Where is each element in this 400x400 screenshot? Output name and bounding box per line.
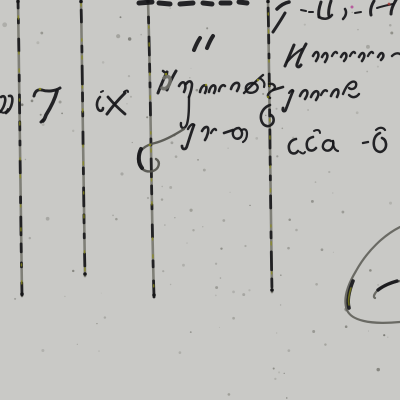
top-row-remnant-right xyxy=(273,0,396,32)
numeral-seven xyxy=(34,88,60,122)
ditto-mark xyxy=(194,36,213,50)
word-mya xyxy=(182,124,247,149)
spiral-curl xyxy=(138,129,184,171)
word-shtj xyxy=(273,82,359,112)
column3-glyph xyxy=(97,91,128,115)
rule4-loop xyxy=(261,105,274,126)
column-rule-1 xyxy=(16,0,24,296)
scan-svg xyxy=(0,0,400,400)
column-rule-2 xyxy=(79,0,87,276)
signature-flourish xyxy=(345,227,400,323)
word-vulko xyxy=(158,71,264,128)
column-rule-3 xyxy=(146,0,156,297)
word-sta-v xyxy=(289,128,386,154)
top-row-remnant-left xyxy=(139,2,247,4)
paper-noise xyxy=(2,3,393,399)
left-column-partial-word xyxy=(0,96,12,113)
scanned-document-page: (cut-off line of text)у Ц, · Н (cut-off)… xyxy=(0,0,400,400)
word-nini xyxy=(285,44,400,67)
compression-artifacts xyxy=(39,3,391,147)
column-rule-4 xyxy=(266,0,274,292)
